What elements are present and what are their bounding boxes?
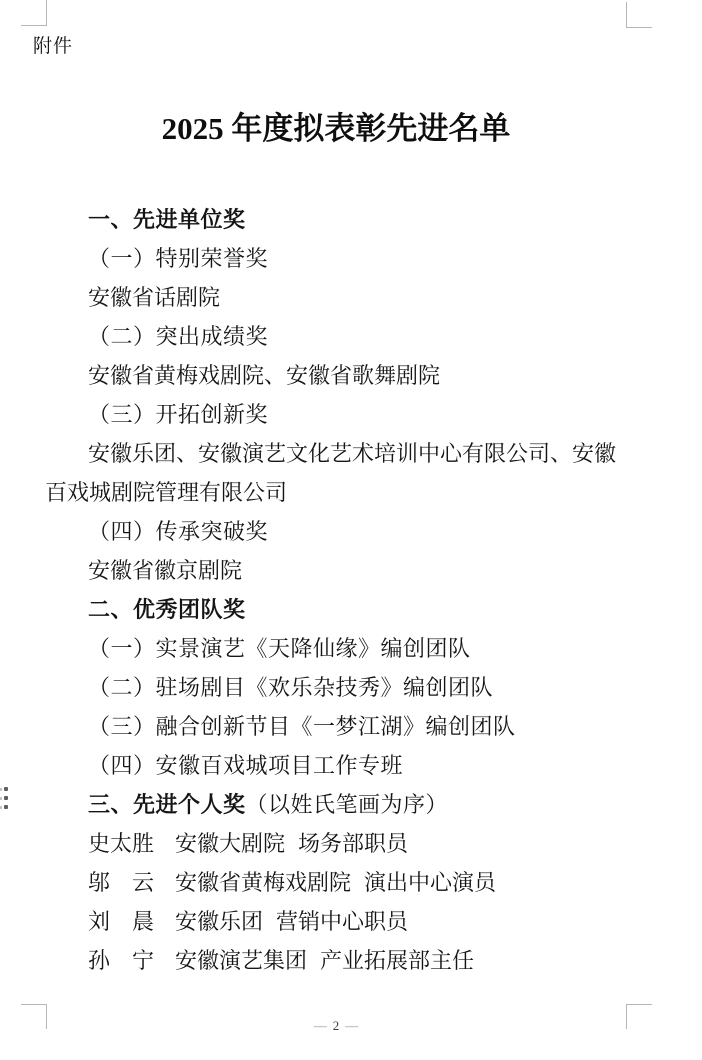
award-subheading: （三）开拓创新奖 xyxy=(45,395,627,434)
award-subheading: （二）突出成绩奖 xyxy=(45,317,627,356)
edge-dot-icon xyxy=(4,796,8,800)
document-title: 2025 年度拟表彰先进名单 xyxy=(46,108,626,150)
crop-mark-bottom-right-icon xyxy=(626,1004,652,1029)
page-number-dash-right: — xyxy=(345,1018,358,1033)
award-subheading: （一）特别荣誉奖 xyxy=(45,239,627,278)
award-subheading: （一）实景演艺《天降仙缘》编创团队 xyxy=(45,629,627,668)
person-row: 邬 云安徽省黄梅戏剧院演出中心演员 xyxy=(45,863,627,902)
document-page: 附件 2025 年度拟表彰先进名单 一、先进单位奖（一）特别荣誉奖安徽省话剧院（… xyxy=(0,0,702,1060)
person-job: 演出中心演员 xyxy=(364,870,496,895)
person-job: 产业拓展部主任 xyxy=(320,948,474,973)
edge-dot-faint-icon xyxy=(0,788,2,791)
section-heading-note: （以姓氏笔画为序） xyxy=(246,792,449,817)
person-unit: 安徽省黄梅戏剧院 xyxy=(175,870,351,895)
edge-dot-icon xyxy=(4,787,8,791)
award-subheading: （三）融合创新节目《一梦江湖》编创团队 xyxy=(45,707,627,746)
person-name: 邬 云 xyxy=(88,863,175,902)
person-job: 营销中心职员 xyxy=(276,909,408,934)
award-recipients-line: 安徽省徽京剧院 xyxy=(45,551,627,590)
person-row: 孙 宁安徽演艺集团产业拓展部主任 xyxy=(45,941,627,980)
person-unit: 安徽演艺集团 xyxy=(175,948,307,973)
person-row: 史太胜安徽大剧院场务部职员 xyxy=(45,824,627,863)
document-body: 一、先进单位奖（一）特别荣誉奖安徽省话剧院（二）突出成绩奖安徽省黄梅戏剧院、安徽… xyxy=(45,200,627,980)
section-heading-text: 三、先进个人奖 xyxy=(88,792,246,817)
award-recipients-line: 安徽省黄梅戏剧院、安徽省歌舞剧院 xyxy=(45,356,627,395)
person-row: 刘 晨安徽乐团营销中心职员 xyxy=(45,902,627,941)
person-job: 场务部职员 xyxy=(298,831,408,856)
section-heading: 三、先进个人奖（以姓氏笔画为序） xyxy=(45,785,627,824)
award-recipients-line: 安徽省话剧院 xyxy=(45,278,627,317)
page-number-value: 2 xyxy=(333,1018,340,1033)
crop-mark-top-right-icon xyxy=(626,2,652,28)
award-subheading: （二）驻场剧目《欢乐杂技秀》编创团队 xyxy=(45,668,627,707)
page-number-dash-left: — xyxy=(314,1018,327,1033)
crop-mark-top-left-icon xyxy=(21,0,47,26)
left-edge-dots-icon xyxy=(0,786,10,810)
edge-dot-faint-icon xyxy=(0,806,2,809)
crop-mark-bottom-left-icon xyxy=(21,1004,47,1029)
person-name: 刘 晨 xyxy=(88,902,175,941)
person-unit: 安徽大剧院 xyxy=(175,831,285,856)
person-unit: 安徽乐团 xyxy=(175,909,263,934)
person-name: 史太胜 xyxy=(88,824,175,863)
edge-dot-icon xyxy=(4,805,8,809)
edge-dot-faint-icon xyxy=(0,797,2,800)
award-recipients-line: 百戏城剧院管理有限公司 xyxy=(45,473,627,512)
award-subheading: （四）安徽百戏城项目工作专班 xyxy=(45,746,627,785)
page-number: —2— xyxy=(46,1018,626,1034)
person-name: 孙 宁 xyxy=(88,941,175,980)
attachment-label: 附件 xyxy=(33,36,73,58)
award-subheading: （四）传承突破奖 xyxy=(45,512,627,551)
award-recipients-line: 安徽乐团、安徽演艺文化艺术培训中心有限公司、安徽 xyxy=(45,434,627,473)
section-heading: 一、先进单位奖 xyxy=(45,200,627,239)
section-heading: 二、优秀团队奖 xyxy=(45,590,627,629)
